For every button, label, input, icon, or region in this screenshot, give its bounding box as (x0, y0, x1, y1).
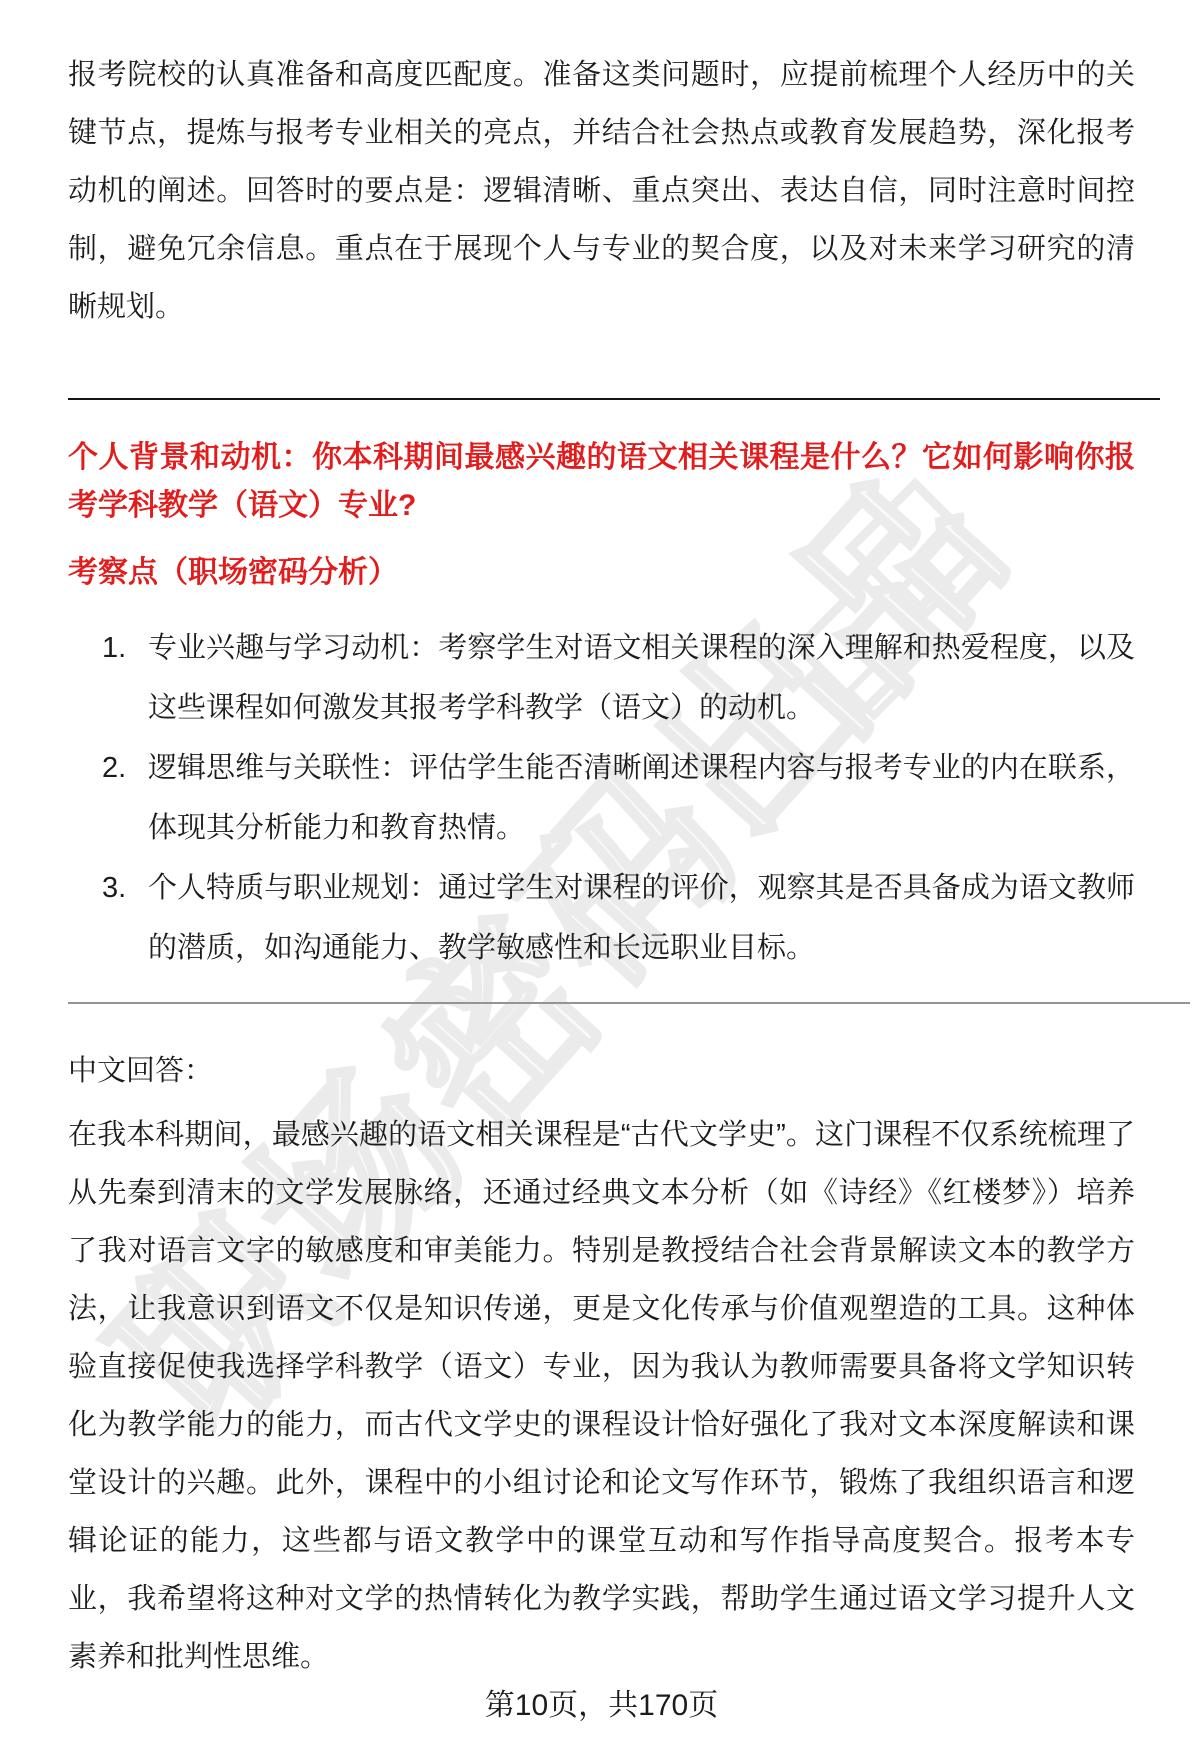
list-item-number: 1. (68, 618, 148, 738)
exam-points-list: 1. 专业兴趣与学习动机：考察学生对语文相关课程的深入理解和热爱程度，以及这些课… (68, 618, 1135, 978)
answer-paragraph: 在我本科期间，最感兴趣的语文相关课程是“古代文学史”。这门课程不仅系统梳理了从先… (68, 1106, 1135, 1686)
intro-paragraph: 报考院校的认真准备和高度匹配度。准备这类问题时，应提前梳理个人经历中的关键节点，… (68, 46, 1135, 336)
list-item: 3. 个人特质与职业规划：通过学生对课程的评价，观察其是否具备成为语文教师的潜质… (68, 858, 1135, 978)
page-content: 报考院校的认真准备和高度匹配度。准备这类问题时，应提前梳理个人经历中的关键节点，… (0, 0, 1200, 1755)
list-item-text: 个人特质与职业规划：通过学生对课程的评价，观察其是否具备成为语文教师的潜质，如沟… (148, 858, 1135, 978)
answer-section: 中文回答： 在我本科期间，最感兴趣的语文相关课程是“古代文学史”。这门课程不仅系… (68, 1042, 1135, 1686)
document-page: 职场密码出品 报考院校的认真准备和高度匹配度。准备这类问题时，应提前梳理个人经历… (0, 0, 1200, 1755)
question-heading: 个人背景和动机：你本科期间最感兴趣的语文相关课程是什么？它如何影响你报考学科教学… (68, 434, 1135, 530)
list-item: 1. 专业兴趣与学习动机：考察学生对语文相关课程的深入理解和热爱程度，以及这些课… (68, 618, 1135, 738)
list-item-text: 逻辑思维与关联性：评估学生能否清晰阐述课程内容与报考专业的内在联系，体现其分析能… (148, 738, 1135, 858)
list-item: 2. 逻辑思维与关联性：评估学生能否清晰阐述课程内容与报考专业的内在联系，体现其… (68, 738, 1135, 858)
answer-section-divider (68, 1002, 1190, 1004)
page-number-footer: 第10页，共170页 (68, 1688, 1135, 1724)
list-item-text: 专业兴趣与学习动机：考察学生对语文相关课程的深入理解和热爱程度，以及这些课程如何… (148, 618, 1135, 738)
list-item-number: 2. (68, 738, 148, 858)
answer-label: 中文回答： (68, 1042, 1135, 1100)
list-item-number: 3. (68, 858, 148, 978)
exam-points-heading: 考察点（职场密码分析） (68, 556, 1135, 590)
top-section-divider (68, 398, 1160, 400)
